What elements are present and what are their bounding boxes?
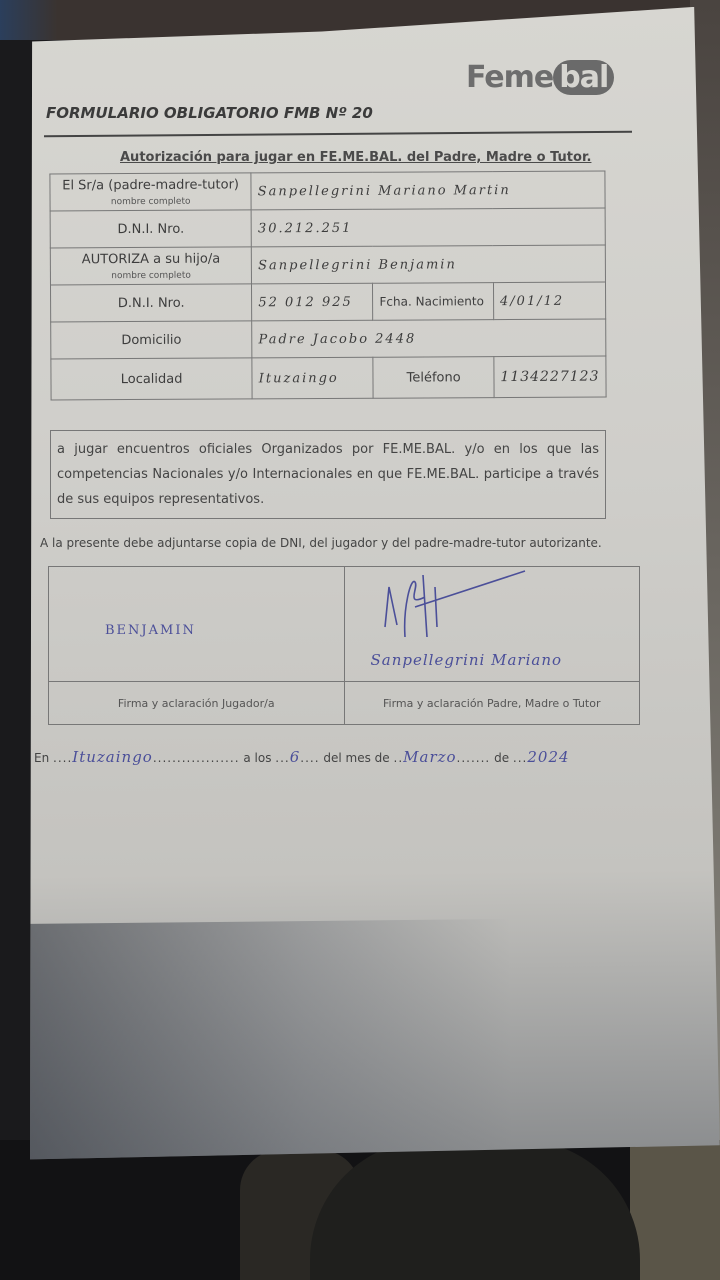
shadow [28,917,720,1164]
tutor-dni-label: D.N.I. Nro. [50,210,251,248]
address-row: Domicilio Padre Jacobo 2448 [51,319,606,359]
tutor-signature-box[interactable]: Sanpellegrini Mariano [344,567,640,682]
child-name-field[interactable]: Sanpellegrini Benjamin [252,245,606,284]
child-name-row: AUTORIZA a su hijo/anombre completo Sanp… [50,245,605,285]
month-field[interactable]: Marzo [403,748,456,766]
authorization-table: El Sr/a (padre-madre-tutor)nombre comple… [49,171,606,401]
place-field[interactable]: Ituzaingo [72,748,153,766]
signature-scribble-icon [375,567,575,647]
child-label: AUTORIZA a su hijo/anombre completo [50,247,251,285]
address-label: Domicilio [51,321,252,359]
tutor-name-row: El Sr/a (padre-madre-tutor)nombre comple… [50,171,605,211]
child-dni-row: D.N.I. Nro. 52 012 925 Fcha. Nacimiento … [50,282,605,322]
floor-tile [630,1140,720,1280]
phone-field[interactable]: 1134227123 [494,356,606,398]
signature-table: BENJAMIN Sanpellegrini Mariano Firma y a… [48,566,640,725]
day-field[interactable]: 6 [290,748,301,766]
locality-label: Localidad [51,358,252,400]
locality-field[interactable]: Ituzaingo [252,357,373,399]
player-signature-caption: Firma y aclaración Jugador/a [49,682,345,725]
child-dni-label: D.N.I. Nro. [50,284,251,322]
form-title: FORMULARIO OBLIGATORIO FMB Nº 20 [46,104,373,122]
tutor-dni-field[interactable]: 30.212.251 [251,208,605,247]
person-leg [310,1140,640,1280]
year-field[interactable]: 2024 [527,748,569,766]
authorization-text: a jugar encuentros oficiales Organizados… [50,430,606,519]
child-dni-field[interactable]: 52 012 925 [252,283,373,321]
player-signature-box[interactable]: BENJAMIN [49,567,345,682]
background-floor [0,1140,720,1280]
locality-row: Localidad Ituzaingo Teléfono 1134227123 [51,356,606,400]
tutor-label: El Sr/a (padre-madre-tutor)nombre comple… [50,173,251,211]
femebal-logo: Femebal [466,60,614,95]
tutor-signature: Sanpellegrini Mariano [371,651,563,669]
mes-label: del mes de [323,751,389,765]
tutor-dni-row: D.N.I. Nro. 30.212.251 [50,208,605,248]
en-label: En [34,751,49,765]
form-subtitle: Autorización para jugar en FE.ME.BAL. de… [120,150,591,165]
player-signature: BENJAMIN [105,623,196,638]
a-los-label: a los [243,751,271,765]
tutor-name-field[interactable]: Sanpellegrini Mariano Martin [251,171,605,210]
phone-label: Teléfono [373,357,494,399]
date-line: En ....Ituzaingo.................. a los… [34,748,570,766]
de-label: de [494,751,509,765]
attachment-note: A la presente debe adjuntarse copia de D… [40,536,602,550]
tutor-signature-caption: Firma y aclaración Padre, Madre o Tutor [344,682,640,725]
address-field[interactable]: Padre Jacobo 2448 [252,319,606,358]
birthdate-field[interactable]: 4/01/12 [493,282,605,320]
birthdate-label: Fcha. Nacimiento [373,283,494,321]
